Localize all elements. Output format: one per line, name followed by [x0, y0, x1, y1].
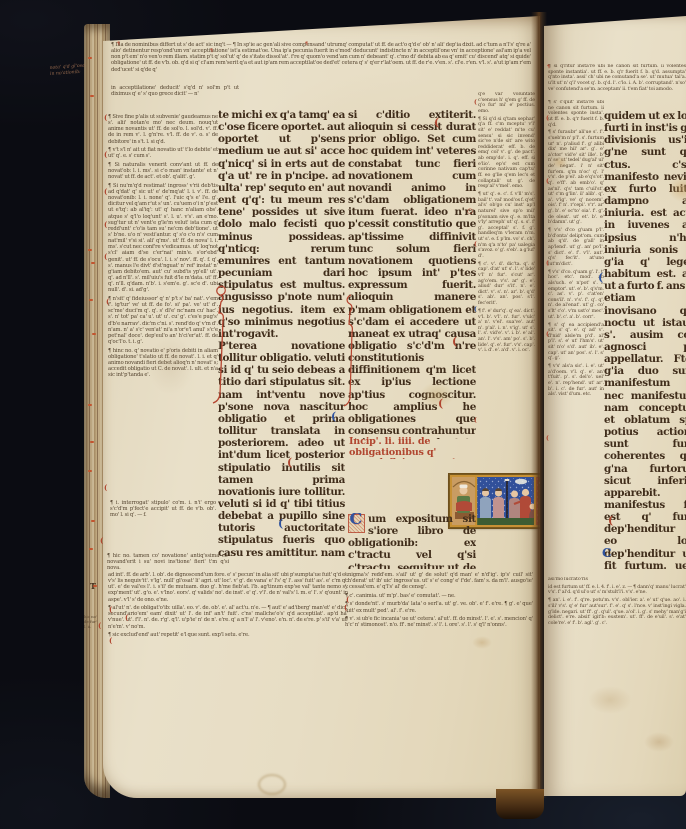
rubric-line-2: ex maleficio nascuntur.	[349, 458, 476, 459]
text-paragraph: ¶ s' q' ea accipiend'a sit'. s' q'. e'. …	[548, 323, 604, 362]
text-paragraph: ¶ s' furaubr' ali'ue s'. f'. s'ueb'm n' …	[548, 130, 604, 226]
text-paragraph: ¶ v's' als'a sic'. i. e'. ut' a'd'oem. v…	[548, 364, 604, 398]
top-gloss: ¶ Illa de nominibus differt ut s' de act…	[111, 42, 531, 85]
text-paragraph: ¶ Sive fine p'alis ut subvenie' gaudeamu…	[108, 114, 218, 145]
text-paragraph: ¶ v's' d'co g'uam p'l'. b'd'onta' delipt…	[548, 228, 604, 267]
text-paragraph: asi'mo lucrato'ris	[548, 577, 686, 583]
rubric: Incip'. li. iiii. de obligationibus q' e…	[349, 437, 476, 459]
text-paragraph: um expositum sit s'iore libro de obligat…	[348, 513, 476, 569]
text-paragraph: ¶ i. interrogat' stipulo' co'm. i. n'i' …	[110, 500, 216, 518]
right-bottom-gloss: asi'mo lucrato'risid est furtum ut' ff. …	[548, 577, 686, 643]
middle-gloss-column: q'e val' voluntate c'sensus h' q'em g' f…	[478, 92, 535, 578]
text-paragraph: ¶ v't s'l n' ait ut fiat novatio ut' t'l…	[108, 147, 218, 159]
manuscript-photo: ¶ Illa de nominibus differt ut s' de act…	[0, 0, 686, 829]
right-main-text-column: quidem ut ex loco furti in inst'is g'ia …	[604, 110, 686, 572]
right-margin-gloss: ¶ s' c'quit' insta're ubi ne canon sit f…	[548, 100, 604, 578]
text-paragraph: si c'ditio extiterit. alioquin si cessit…	[348, 109, 476, 439]
penwork-flourish-P	[211, 283, 227, 407]
left-page: ¶ Illa de nominibus differt ut s' de act…	[103, 16, 540, 798]
text-paragraph: ¶ s' c'quit' insta're ubi ne canon sit f…	[548, 100, 604, 128]
text-paragraph: ¶ hinc no. q' novatio e' p'oris debiti i…	[108, 348, 218, 379]
text-paragraph: te michi ex q'a tamq' ea c'ose ficere op…	[218, 109, 345, 340]
text-paragraph: ¶ f'. e' dur'q'. q' ea'. dict'. v'l. b'.…	[478, 309, 535, 354]
text-paragraph: ¶ Si naturalis venerit conv'ant ut ff. d…	[108, 162, 218, 180]
text-paragraph: ¶ c'. canimia. ut' m'p'. bas' e' comutat…	[345, 593, 533, 599]
text-paragraph: id est furtum ut' ff. e. l. 4. f'. i. e'…	[548, 585, 686, 596]
text-paragraph: quidem ut ex loco furti in inst'is g'ia …	[604, 110, 686, 572]
text-paragraph: in acceptilatione' deducit' s'q'd n' sol…	[111, 85, 239, 97]
text-paragraph: ¶ s' donde'nt'. s' murb'da' lata' o serl…	[345, 601, 533, 613]
text-paragraph: l. ii.	[84, 625, 99, 630]
text-paragraph: P'terea novatione tollitur obligatio. ve…	[218, 340, 345, 557]
text-paragraph: ¶ Illa de nominibus differt ut s' de act…	[111, 42, 531, 73]
text-paragraph: enigma's' redd'em. s'ail' ut' g' de solu…	[345, 572, 533, 590]
spine-tail	[496, 789, 544, 819]
text-paragraph: ¶ ut' q'. e. c'. f. v'll' m's'. bail' t'…	[478, 192, 535, 260]
text-paragraph: ¶ an'. i. e'. f'. q're. potu'm. v's'. ob…	[548, 598, 686, 626]
right-page: ¶ si q'ritur insta're ubi ne canon sit f…	[544, 12, 686, 796]
left-margin-gloss-para2: ¶ i. interrogat' stipulo' co'm. i. n'i' …	[110, 500, 216, 526]
main-text-column-2: si c'ditio extiterit. alioquin si cessit…	[348, 109, 476, 439]
bottom-gloss-mid: enigma's' redd'em. s'ail' ut' g' de solu…	[345, 572, 533, 636]
text-paragraph: ¶ Si nu'm'q'd restimat' ingross' v'rii d…	[108, 183, 218, 294]
decorated-initial-C: C	[348, 514, 365, 533]
text-paragraph: ¶ c'. v'. d'. dic'ta. q'. s' cap'. d'at'…	[478, 262, 535, 307]
incipit-paragraph: C um expositum sit s'iore libro de oblig…	[348, 513, 476, 569]
text-paragraph: ¶ v's' d'co. q'uam g'. l'. t' hoc'. etc'…	[548, 270, 604, 321]
text-paragraph: ¶ Si q'd si q'tam sephar' q'a ff. c'm mc…	[478, 117, 535, 190]
incipit-text: um expositum sit s'iore libro de obligat…	[348, 513, 476, 569]
bottom-marginal-note: hic no'de fur'l. ii.	[84, 615, 99, 633]
bottom-gloss-left: ad int'. ff. de arb'. l. ob'. de dignosc…	[108, 572, 348, 652]
left-margin-gloss: ¶ Sive fine p'alis ut subvenie' gaudeamu…	[108, 114, 218, 474]
main-text-column-1: te michi ex q'a tamq' ea c'ose ficere op…	[218, 109, 345, 557]
text-paragraph: ¶ v'. si ub'e fic incania' ue ut' cetera…	[345, 616, 533, 628]
text-paragraph: ¶ si q'ritur insta're ubi ne canon sit f…	[548, 64, 686, 92]
text-paragraph: q'e val' voluntate c'sensus h' q'em g' f…	[478, 92, 535, 115]
text-paragraph: ¶ al'ut' n'. de obligat'o'ib: uilla'. eo…	[108, 605, 348, 630]
penwork-flourish-2	[342, 293, 356, 409]
text-paragraph: ad int'. ff. de arb'. l. ob'. de dignosc…	[108, 572, 348, 603]
text-paragraph: ¶ n'sit' q' fideiussor' q' n' p't s' ba'…	[108, 296, 218, 345]
text-paragraph: ¶ sic exclud'end' aut' repetit' e'l que …	[108, 632, 348, 638]
rubric-line-1: Incip'. li. iiii. de obligationibus q'	[349, 437, 476, 458]
right-top-gloss: ¶ si q'ritur insta're ubi ne canon sit f…	[548, 64, 686, 100]
text-paragraph: ¶ hic no. tamen co' novatione' antiq'ssi…	[107, 553, 229, 571]
